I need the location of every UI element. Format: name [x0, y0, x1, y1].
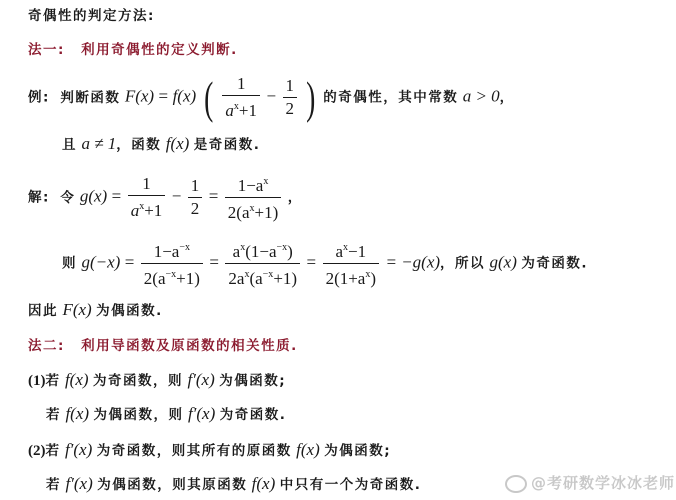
example-text: 判断函数 — [60, 90, 120, 106]
left-paren: ( — [204, 78, 213, 118]
denominator: 2(1+ax) — [323, 263, 379, 289]
base: a — [225, 101, 234, 120]
num-text: −1 — [348, 242, 366, 261]
math-f: f(x) — [65, 404, 89, 423]
item-number: (1) — [28, 373, 46, 389]
denominator: 2 — [283, 97, 298, 119]
num-text: ) — [287, 242, 293, 261]
item-number: (2) — [28, 443, 46, 459]
example-line1: 例: 判断函数 F(x) = f(x) ( 1 ax+1 − 1 2 ) 的奇偶… — [28, 74, 515, 121]
exp: −x — [166, 269, 177, 280]
math-minus: − — [172, 187, 182, 206]
method2-item: (1)若 f(x) 为奇函数，则 f′(x) 为偶函数; — [28, 370, 286, 391]
method1-text: 利用奇偶性的定义判断. — [81, 42, 238, 58]
denominator: 2 — [188, 197, 203, 219]
denominator: ax+1 — [128, 195, 166, 221]
watermark: @考研数学冰冰老师 — [505, 472, 675, 493]
den-text: 2(a — [144, 269, 166, 288]
math-cond1: a > 0 — [463, 87, 500, 106]
numerator: 1 — [188, 176, 203, 197]
text: ，函数 — [116, 137, 161, 153]
fraction: 1 ax+1 — [222, 74, 260, 121]
math-eq: = — [307, 253, 317, 272]
text: 且 — [62, 137, 77, 153]
math-eq: = — [112, 187, 122, 206]
text: 为偶函数; — [219, 373, 286, 389]
method1-prefix: 法一: — [28, 42, 65, 58]
math-eq: = — [159, 87, 169, 106]
text: 若 — [46, 407, 61, 423]
method2-item: (2)若 f′(x) 为奇函数，则其所有的原函数 f(x) 为偶函数; — [28, 440, 391, 461]
comma: ， — [500, 90, 515, 106]
fraction: 1−ax 2(ax+1) — [225, 172, 281, 223]
den-text: 2(1+a — [326, 269, 366, 288]
denominator: ax+1 — [222, 95, 260, 121]
den-text: 2a — [228, 269, 244, 288]
method1-heading: 法一: 利用奇偶性的定义判断. — [28, 40, 238, 60]
text: 中只有一个为奇函数. — [280, 477, 422, 493]
math-eq: = — [209, 253, 219, 272]
text: 因此 — [28, 303, 58, 319]
math-fprime: f′(x) — [187, 370, 214, 389]
math-g: g(x) — [490, 253, 517, 272]
math-fprime: f′(x) — [65, 474, 92, 493]
den-text: +1) — [255, 203, 279, 222]
solution-label: 解: — [28, 190, 50, 206]
denominator: 2(ax+1) — [225, 197, 281, 223]
math-gneg: g(−x) — [81, 253, 120, 272]
exp: −x — [179, 242, 190, 253]
text: 若 — [46, 443, 61, 459]
math-g: g(x) — [80, 187, 107, 206]
num-text: 1−a — [238, 176, 264, 195]
text: 为奇函数，则 — [93, 373, 183, 389]
page-title: 奇偶性的判定方法: — [28, 6, 155, 26]
text: 为偶函数. — [96, 303, 163, 319]
den-text: 2(a — [228, 203, 250, 222]
numerator: 1 — [283, 76, 298, 97]
math-eq: = — [125, 253, 135, 272]
fraction: 1 ax+1 — [128, 174, 166, 221]
num-text: (1−a — [245, 242, 276, 261]
text: ，所以 — [440, 256, 485, 272]
numerator: ax(1−a−x) — [230, 238, 296, 263]
numerator: ax−1 — [332, 238, 369, 263]
math-cond2: a ≠ 1 — [81, 134, 116, 153]
denominator: 2ax(a−x+1) — [225, 263, 300, 289]
math-f: f(x) — [296, 440, 320, 459]
math-f: f(x) — [65, 370, 89, 389]
base: a — [131, 201, 140, 220]
num-text: a — [335, 242, 343, 261]
fraction: ax−1 2(1+ax) — [323, 238, 379, 289]
text: 若 — [46, 373, 61, 389]
math-eq: = — [209, 187, 219, 206]
den-rest: +1 — [239, 101, 257, 120]
math-fprime: f′(x) — [65, 440, 92, 459]
math-f: f(x) — [166, 134, 190, 153]
text: 为奇函数，则其所有的原函数 — [97, 443, 292, 459]
text: 则 — [62, 256, 77, 272]
math-F: F(x) — [125, 87, 154, 106]
fraction: ax(1−a−x) 2ax(a−x+1) — [225, 238, 300, 289]
den-text: (a — [249, 269, 262, 288]
example-line2: 且 a ≠ 1，函数 f(x) 是奇函数. — [62, 134, 260, 155]
example-label: 例: — [28, 90, 50, 106]
text: 令 — [60, 190, 75, 206]
num-text: 1−a — [154, 242, 180, 261]
denominator: 2(a−x+1) — [141, 263, 203, 289]
fraction: 1 2 — [283, 76, 298, 119]
method2-heading: 法二: 利用导函数及原函数的相关性质. — [28, 336, 298, 356]
text: 为偶函数，则 — [94, 407, 184, 423]
numerator: 1 — [234, 74, 249, 95]
den-text: ) — [370, 269, 376, 288]
text: 为偶函数，则其原函数 — [97, 477, 247, 493]
math-f: f(x) — [252, 474, 276, 493]
den-text: +1) — [176, 269, 200, 288]
solution-final: 因此 F(x) 为偶函数. — [28, 300, 163, 321]
exp: −x — [277, 242, 288, 253]
solution-line2: 则 g(−x) = 1−a−x 2(a−x+1) = ax(1−a−x) 2ax… — [62, 238, 588, 289]
den-text: +1) — [273, 269, 297, 288]
numerator: 1 — [139, 174, 154, 195]
exp: −x — [263, 269, 274, 280]
math-result: = −g(x) — [385, 253, 440, 272]
fraction: 1 2 — [188, 176, 203, 219]
math-minus: − — [266, 87, 276, 106]
fraction: 1−a−x 2(a−x+1) — [141, 238, 203, 289]
weibo-icon — [505, 475, 527, 493]
numerator: 1−a−x — [151, 238, 193, 263]
math-f: f(x) — [173, 87, 197, 106]
den-rest: +1 — [144, 201, 162, 220]
right-paren: ) — [307, 78, 316, 118]
method2-text: 利用导函数及原函数的相关性质. — [81, 338, 298, 354]
text: 若 — [46, 477, 61, 493]
method2-prefix: 法二: — [28, 338, 65, 354]
comma: ， — [288, 190, 303, 206]
text: 为奇函数. — [521, 256, 588, 272]
text: 是奇函数. — [194, 137, 261, 153]
numerator: 1−ax — [235, 172, 272, 197]
text: 为奇函数. — [220, 407, 287, 423]
watermark-text: @考研数学冰冰老师 — [531, 474, 675, 492]
text: 为偶函数; — [324, 443, 391, 459]
math-fprime: f′(x) — [188, 404, 215, 423]
method2-item: 若 f(x) 为偶函数，则 f′(x) 为奇函数. — [46, 404, 286, 425]
math-F: F(x) — [62, 300, 91, 319]
example-text-after: 的奇偶性，其中常数 — [323, 90, 458, 106]
exp: x — [263, 176, 268, 187]
method2-item: 若 f′(x) 为偶函数，则其原函数 f(x) 中只有一个为奇函数. — [46, 474, 421, 495]
solution-line1: 解: 令 g(x) = 1 ax+1 − 1 2 = 1−ax 2(ax+1) … — [28, 172, 303, 223]
